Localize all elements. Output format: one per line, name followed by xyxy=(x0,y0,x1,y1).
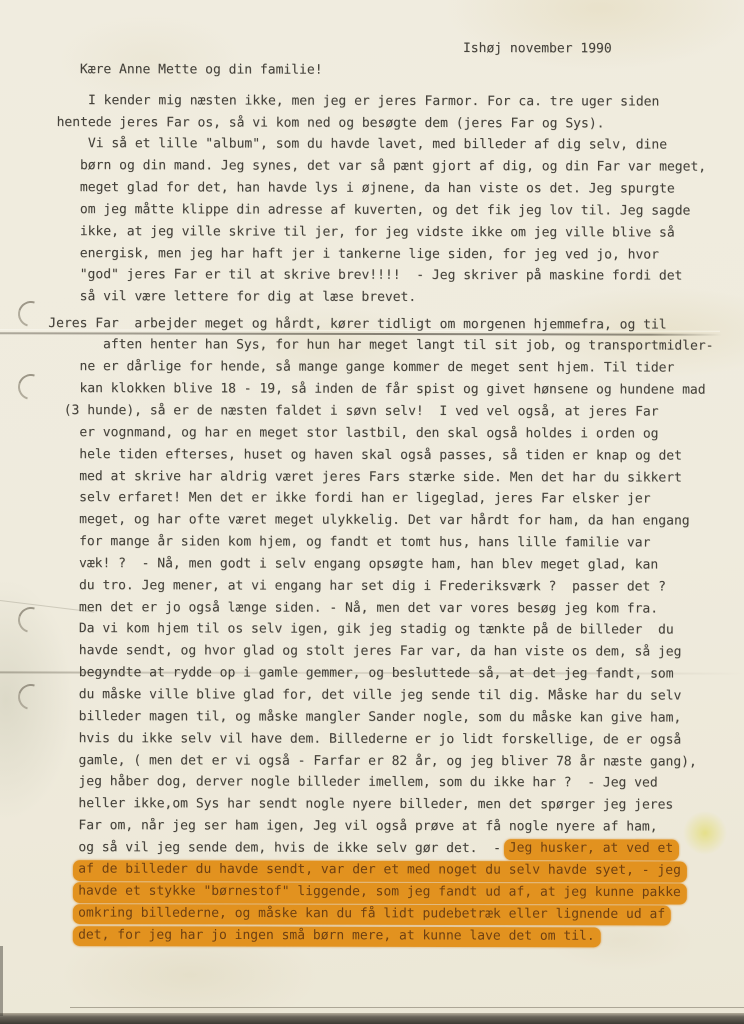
letter-line: af de billeder du havde sendt, var der e… xyxy=(47,859,744,883)
paper-bottom-edge-line xyxy=(70,1007,744,1008)
typewritten-text: hentede jeres Far os, så vi kom ned og b… xyxy=(49,115,605,131)
typewritten-text: billeder magen til, og måske mangler San… xyxy=(47,709,681,726)
typewritten-text: ne er dårlige for hende, så mange gange … xyxy=(48,359,674,376)
typewritten-text: gamle, ( men det er vi også - Farfar er … xyxy=(47,752,697,769)
hole-punch-mark-4 xyxy=(13,679,48,714)
letter-line: gamle, ( men det er vi også - Farfar er … xyxy=(47,749,744,773)
highlighted-text: Jeg husker, at ved et xyxy=(504,839,679,860)
typewritten-text: hele tiden efterses, huset og haven skal… xyxy=(48,447,682,464)
typewritten-text: begyndte at rydde op i gamle gemmer, og … xyxy=(47,665,673,682)
typewritten-text: væk! ? - Nå, men godt i selv engang opsø… xyxy=(48,556,659,572)
typewritten-text: "god" jeres Far er til at skrive brev!!!… xyxy=(48,267,682,284)
typewritten-text: Vi så et lille "album", som du havde lav… xyxy=(49,136,667,153)
letter-line: havde sendt, og hvor glad og stolt jeres… xyxy=(47,640,744,664)
letter-page: Ishøj november 1990 Kære Anne Mette og d… xyxy=(0,0,744,1024)
letter-line: "god" jeres Far er til at skrive brev!!!… xyxy=(48,264,744,288)
letter-line: Da vi kom hjem til os selv igen, gik jeg… xyxy=(48,618,744,642)
letter-line: hele tiden efterses, huset og haven skal… xyxy=(48,444,744,468)
typewritten-text: hvis du ikke selv vil have dem. Billeder… xyxy=(47,731,681,748)
typewritten-text: du tro. Jeg mener, at vi engang har set … xyxy=(48,578,666,595)
letter-line: børn og din mand. Jeg synes, det var så … xyxy=(49,155,744,179)
typewritten-text: du måske ville blive glad for, det ville… xyxy=(47,687,681,704)
letter-line: og så vil jeg sende dem, hvis de ikke se… xyxy=(47,837,744,861)
letter-line: er vognmand, og har en meget stor lastbi… xyxy=(48,422,744,446)
letter-line: det, for jeg har jo ingen små børn mere,… xyxy=(47,924,744,948)
letter-line: hvis du ikke selv vil have dem. Billeder… xyxy=(47,728,744,752)
letter-line: du tro. Jeg mener, at vi engang har set … xyxy=(48,575,744,599)
letter-line: havde et stykke "børnestof" liggende, so… xyxy=(47,881,744,905)
letter-line: energisk, men jeg har haft jer i tankern… xyxy=(48,243,744,267)
typewritten-text: med at skrive har aldrig været jeres Far… xyxy=(48,469,682,486)
letter-text: Ishøj november 1990 Kære Anne Mette og d… xyxy=(47,37,744,948)
letter-line: aften henter han Sys, for hun har meget … xyxy=(48,334,744,358)
typewritten-text: så vil være lettere for dig at læse brev… xyxy=(48,289,416,305)
letter-line: for mange år siden kom hjem, og fandt et… xyxy=(48,531,744,555)
typewritten-text: kan klokken blive 18 - 19, så inden de f… xyxy=(48,381,705,398)
letter-line: I kender mig næsten ikke, men jeg er jer… xyxy=(49,90,744,114)
letter-line: ne er dårlige for hende, så mange gange … xyxy=(48,356,744,380)
letter-line: så vil være lettere for dig at læse brev… xyxy=(48,286,744,310)
letter-line: Far om, når jeg ser ham igen, Jeg vil og… xyxy=(47,815,744,839)
letter-line: jeg håber dog, derver nogle billeder ime… xyxy=(47,771,744,795)
letter-date: Ishøj november 1990 xyxy=(49,37,744,61)
letter-line: omkring billederne, og måske kan du få l… xyxy=(47,902,744,926)
hole-punch-mark-2 xyxy=(13,369,48,404)
highlighted-text: omkring billederne, og måske kan du få l… xyxy=(73,904,671,926)
typewritten-text: og så vil jeg sende dem, hvis de ikke se… xyxy=(47,840,509,856)
scan-left-shadow xyxy=(0,946,3,1016)
typewritten-text: om jeg måtte klippe din adresse af kuver… xyxy=(49,202,691,219)
typewritten-text: Da vi kom hjem til os selv igen, gik jeg… xyxy=(48,621,674,638)
typewritten-text: aften henter han Sys, for hun har meget … xyxy=(48,337,713,354)
letter-line: ikke, at jeg ville skrive til jer, for j… xyxy=(48,221,744,245)
letter-line: kan klokken blive 18 - 19, så inden de f… xyxy=(48,378,744,402)
letter-line: heller ikke,om Sys har sendt nogle nyere… xyxy=(47,793,744,817)
letter-line: væk! ? - Nå, men godt i selv engang opsø… xyxy=(48,553,744,577)
letter-line: meget glad for det, han havde lys i øjne… xyxy=(49,177,744,201)
letter-line: selv erfaret! Men det er ikke fordi han … xyxy=(48,487,744,511)
scan-bottom-shadow xyxy=(0,1013,744,1024)
letter-line: (3 hunde), så er de næsten faldet i søvn… xyxy=(48,400,744,424)
highlighted-text: det, for jeg har jo ingen små børn mere,… xyxy=(73,926,601,948)
letter-line: Jeres Far arbejder meget og hårdt, kører… xyxy=(48,313,744,337)
typewritten-text: Jeres Far arbejder meget og hårdt, kører… xyxy=(48,316,666,333)
letter-line: med at skrive har aldrig været jeres Far… xyxy=(48,466,744,490)
highlighted-text: havde et stykke "børnestof" liggende, so… xyxy=(73,882,687,904)
letter-line: hentede jeres Far os, så vi kom ned og b… xyxy=(49,112,744,136)
letter-line: billeder magen til, og måske mangler San… xyxy=(47,706,744,730)
typewritten-text: jeg håber dog, derver nogle billeder ime… xyxy=(47,774,658,790)
letter-body: I kender mig næsten ikke, men jeg er jer… xyxy=(47,90,744,948)
letter-line: begyndte at rydde op i gamle gemmer, og … xyxy=(47,662,744,686)
letter-line: om jeg måtte klippe din adresse af kuver… xyxy=(49,199,744,223)
typewritten-text: havde sendt, og hvor glad og stolt jeres… xyxy=(47,643,681,660)
typewritten-text: energisk, men jeg har haft jer i tankern… xyxy=(48,246,659,262)
letter-line: Vi så et lille "album", som du havde lav… xyxy=(49,133,744,157)
typewritten-text: heller ikke,om Sys har sendt nogle nyere… xyxy=(47,796,673,813)
typewritten-text: selv erfaret! Men det er ikke fordi han … xyxy=(48,490,651,506)
typewritten-text: men det er jo også længe siden. - Nå, me… xyxy=(48,600,659,616)
typewritten-text: Far om, når jeg ser ham igen, Jeg vil og… xyxy=(47,818,658,834)
typewritten-text: er vognmand, og har en meget stor lastbi… xyxy=(48,425,659,441)
typewritten-text: I kender mig næsten ikke, men jeg er jer… xyxy=(49,93,660,109)
typewritten-text: meget glad for det, han havde lys i øjne… xyxy=(49,180,675,197)
highlighted-text: af de billeder du havde sendt, var der e… xyxy=(73,860,687,882)
letter-line: du måske ville blive glad for, det ville… xyxy=(47,684,744,708)
letter-line: men det er jo også længe siden. - Nå, me… xyxy=(48,597,744,621)
letter-line: meget, og har ofte været meget ulykkelig… xyxy=(48,509,744,533)
typewritten-text: ikke, at jeg ville skrive til jer, for j… xyxy=(49,224,675,241)
hole-punch-mark-3 xyxy=(13,602,48,637)
hole-punch-mark-1 xyxy=(13,296,48,331)
typewritten-text: (3 hunde), så er de næsten faldet i søvn… xyxy=(48,403,659,419)
typewritten-text: for mange år siden kom hjem, og fandt et… xyxy=(48,534,651,550)
letter-salutation: Kære Anne Mette og din familie! xyxy=(49,59,744,83)
typewritten-text: meget, og har ofte været meget ulykkelig… xyxy=(48,512,690,529)
typewritten-text: børn og din mand. Jeg synes, det var så … xyxy=(49,158,706,175)
